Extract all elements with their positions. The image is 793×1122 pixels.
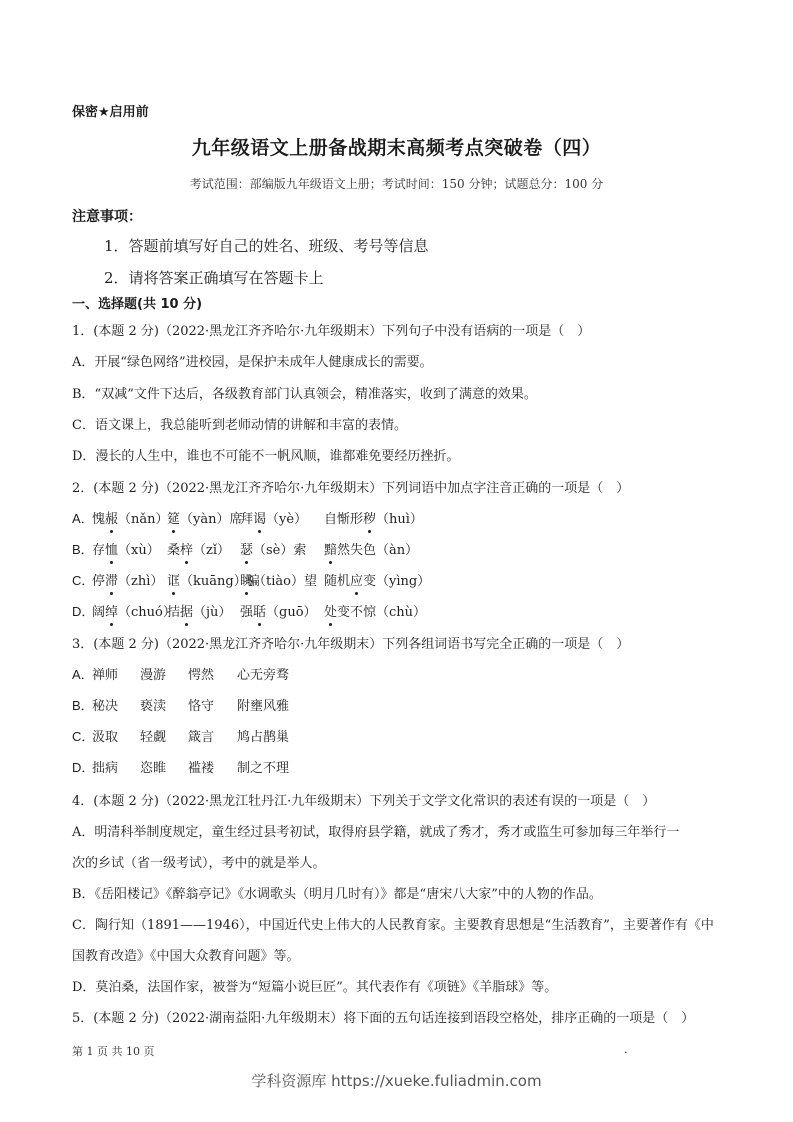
option-row: D．拙病恣睢褴褛制之不理 [72,757,92,776]
option-row: C．停滞（zhì）诓（kuāng）骗眺（tiào）望随机应变（yìng） [72,570,92,589]
option-label: B． [72,539,92,558]
dotted-char: 眺 [240,574,253,589]
option-label: D． [72,601,92,620]
word-item: 箴言 [188,726,214,745]
option-label: D． [72,757,92,776]
page-title: 九年级语文上册备战期末高频考点突破卷（四） [0,133,793,160]
dotted-char: 据 [180,605,193,620]
dotted-char: 恤 [105,543,118,558]
word-item: 心无旁骛 [237,664,289,683]
notice-item: 2．请将答案正确填写在答题卡上 [104,267,324,288]
option-a: A．开展“绿色网络”进校园，是保护未成年人健康成长的需要。 [72,351,433,370]
option-label: B． [72,695,92,714]
option-row: A．愧赧（nǎn）筵（yàn）席拜谒（yè）自惭形秽（huì） [72,508,92,527]
option-row: C．汲取轻觑箴言鸠占鹊巢 [72,726,92,745]
option-c: C．语文课上，我总能听到老师动情的讲解和丰富的表情。 [72,414,407,433]
option-label: C． [72,726,92,745]
pinyin-item: 黯然失色（àn） [324,539,418,558]
option-d: D．莫泊桑，法国作家，被誉为“短篇小说巨匠”。其代表作有《项链》《羊脂球》等。 [72,976,557,995]
dotted-char: 处 [324,605,337,620]
question-stem: 2．(本题 2 分)（2022·黑龙江齐齐哈尔·九年级期末）下列词语中加点字注音… [72,477,629,496]
option-row: B．存恤（xù）桑梓（zǐ）瑟（sè）索黯然失色（àn） [72,539,92,558]
dotted-char: 聒 [253,605,266,620]
notice-heading: 注意事项： [72,206,142,226]
confidential-label: 保密★启用前 [72,101,149,120]
word-item: 制之不理 [237,757,289,776]
pinyin-item: 眺（tiào）望 [240,570,317,589]
question-stem: 4．(本题 2 分)（2022·黑龙江牡丹江·九年级期末）下列关于文学文化常识的… [72,790,655,809]
option-row: D．阔绰（chuó）拮据（jù）强聒（guō）处变不惊（chù） [72,601,92,620]
dotted-char: 秽 [363,512,376,527]
pinyin-item: 强聒（guō） [240,601,317,620]
option-label: A． [72,508,92,527]
pinyin-item: 愧赧（nǎn） [92,508,169,527]
question-stem: 1．(本题 2 分)（2022·黑龙江齐齐哈尔·九年级期末）下列句子中没有语病的… [72,320,590,339]
option-label: A． [72,664,92,683]
pinyin-item: 瑟（sè）索 [240,539,306,558]
word-item: 漫游 [140,664,166,683]
word-item: 汲取 [92,726,118,745]
word-item: 鸠占鹊巢 [237,726,289,745]
exam-scope: 考试范围：部编版九年级语文上册；考试时间：150 分钟；试题总分：100 分 [0,175,793,192]
pinyin-item: 自惭形秽（huì） [324,508,423,527]
notice-item: 1．答题前填写好自己的姓名、班级、考号等信息 [104,235,429,256]
pinyin-item: 筵（yàn）席 [167,508,242,527]
word-item: 禅师 [92,664,118,683]
word-item: 褴褛 [188,757,214,776]
word-item: 恪守 [188,695,214,714]
option-a: A．明清科举制度规定，童生经过县考初试，取得府县学籍，就成了秀才，秀才或监生可参… [72,821,679,840]
pinyin-item: 随机应变（yìng） [324,570,430,589]
dotted-char: 瑟 [240,543,253,558]
word-item: 拙病 [92,757,118,776]
dotted-char: 应 [350,574,363,589]
option-c-cont: 国教育改造》《中国大众教育问题》等。 [72,945,300,964]
option-row: A．禅师漫游愕然心无旁骛 [72,664,92,683]
footer-dot: . [624,1043,628,1056]
option-d: D．漫长的人生中，谁也不可能不一帆风顺，谁都难免要经历挫折。 [72,445,459,464]
dotted-char: 谒 [253,512,266,527]
question-stem: 3．(本题 2 分)（2022·黑龙江齐齐哈尔·九年级期末）下列各组词语书写完全… [72,633,629,652]
dotted-char: 筵 [167,512,180,527]
dotted-char: 黯 [324,543,337,558]
word-item: 附壅风雅 [237,695,289,714]
word-item: 恣睢 [140,757,166,776]
watermark: 学科资源库 https://xueke.fuliadmin.com [0,1070,793,1091]
option-row: B．秘决亵渎恪守附壅风雅 [72,695,92,714]
pinyin-item: 处变不惊（chù） [324,601,426,620]
dotted-char: 绰 [105,605,118,620]
pinyin-item: 桑梓（zǐ） [167,539,230,558]
word-item: 轻觑 [140,726,166,745]
dotted-char: 诓 [167,574,180,589]
option-c: C．陶行知（1891——1946），中国近代史上伟大的人民教育家。主要教育思想是… [72,914,714,933]
option-a-cont: 次的乡试（省一级考试），考中的就是举人。 [72,852,326,871]
word-item: 亵渎 [140,695,166,714]
dotted-char: 梓 [180,543,193,558]
word-item: 秘决 [92,695,118,714]
dotted-char: 赧 [105,512,118,527]
page-number: 第 1 页 共 10 页 [72,1043,154,1059]
question-stem: 5．(本题 2 分)（2022·湖南益阳·九年级期末）将下面的五句话连接到语段空… [72,1007,694,1026]
option-b: B．《岳阳楼记》《醉翁亭记》《水调歌头（明月几时有）》都是“唐宋八大家”中的人物… [72,883,602,902]
word-item: 愕然 [188,664,214,683]
pinyin-item: 阔绰（chuó） [92,601,176,620]
option-b: B．“双减”文件下达后，各级教育部门认真领会，精准落实，收到了满意的效果。 [72,383,537,402]
pinyin-item: 停滞（zhì） [92,570,163,589]
dotted-char: 滞 [105,574,118,589]
section-title: 一、选择题(共 10 分) [72,293,202,312]
pinyin-item: 存恤（xù） [92,539,160,558]
pinyin-item: 拮据（jù） [167,601,231,620]
option-label: C． [72,570,92,589]
pinyin-item: 拜谒（yè） [240,508,307,527]
